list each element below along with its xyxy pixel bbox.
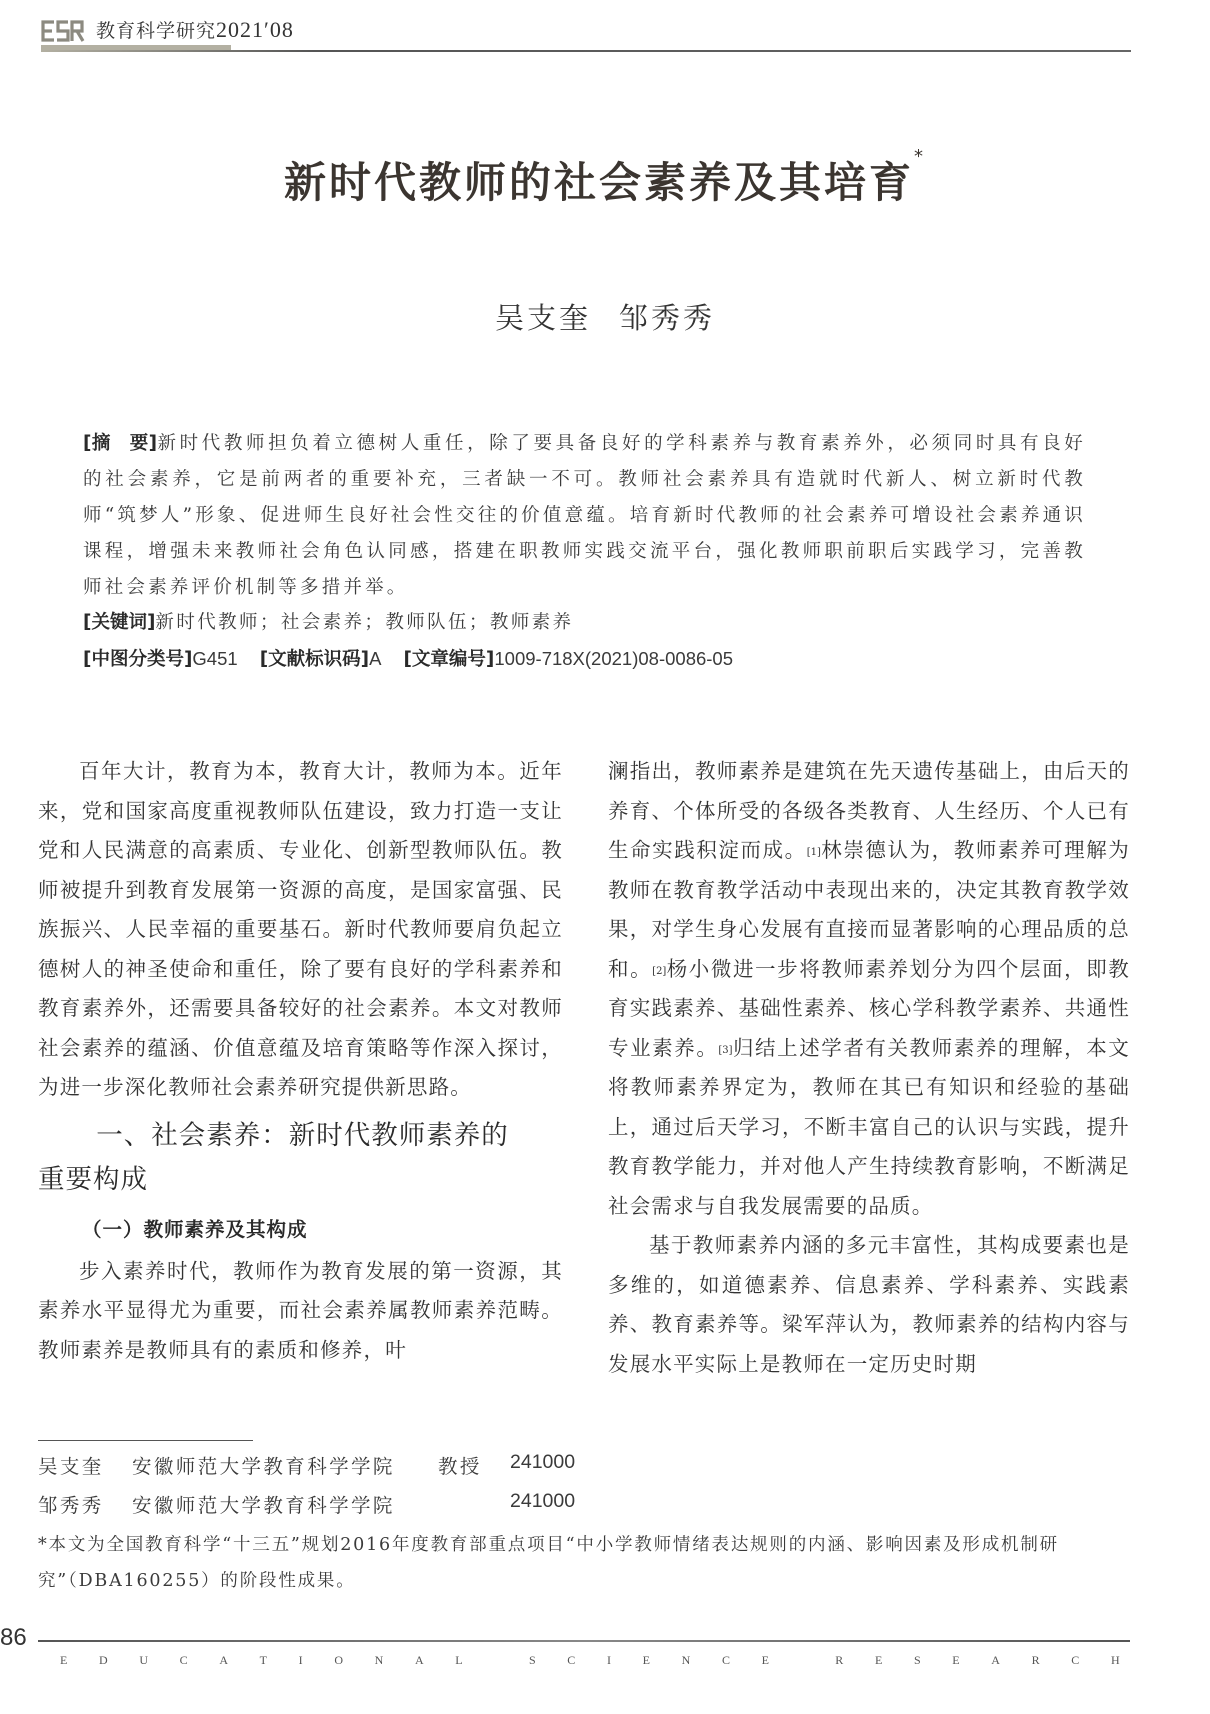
footer-letter: R xyxy=(1032,1653,1040,1668)
subsection-heading-1: （一）教师素养及其构成 xyxy=(38,1208,563,1252)
footer-letter: E xyxy=(762,1653,769,1668)
footer-letter: L xyxy=(455,1653,462,1668)
citation-1[interactable]: [1] xyxy=(807,847,821,858)
footer-letter: E xyxy=(875,1653,882,1668)
footer-letter: H xyxy=(1111,1653,1120,1668)
footer-letter: A xyxy=(415,1653,424,1668)
author-1: 吴支奎 xyxy=(495,301,591,335)
journal-name: 教育科学研究 xyxy=(96,20,216,42)
journal-issue: 2021′08 xyxy=(216,17,294,42)
footer-letter: C xyxy=(567,1653,575,1668)
footer-letter: D xyxy=(99,1653,108,1668)
footer-letter: E xyxy=(952,1653,959,1668)
clc-value: G451 xyxy=(192,648,237,669)
affiliation-row: 邹秀秀 安徽师范大学教育科学学院 241000 xyxy=(38,1490,104,1518)
footer-letter: C xyxy=(722,1653,730,1668)
journal-header: 教育科学研究2021′08 xyxy=(96,16,294,43)
footer-letter: E xyxy=(643,1653,650,1668)
body-column-right: 澜指出，教师素养是建筑在先天遗传基础上，由后天的养育、个体所受的各级各类教育、人… xyxy=(608,752,1130,1384)
author-2: 邹秀秀 xyxy=(619,301,715,335)
page-number: 86 xyxy=(0,1624,27,1652)
keywords: [关键词]新时代教师；社会素养；教师队伍；教师素养 xyxy=(83,608,573,634)
footer-letter: U xyxy=(139,1653,148,1668)
footer-letter: N xyxy=(375,1653,384,1668)
definition-paragraph: 澜指出，教师素养是建筑在先天遗传基础上，由后天的养育、个体所受的各级各类教育、人… xyxy=(608,752,1130,1226)
header-rule xyxy=(41,50,1131,52)
affiliation-title: 教授 xyxy=(438,1451,482,1479)
classification-info: [中图分类号]G451[文献标识码]A[文章编号]1009-718X(2021)… xyxy=(83,645,733,671)
footer-letter: C xyxy=(1071,1653,1079,1668)
article-title-text: 新时代教师的社会素养及其培育 xyxy=(284,158,914,207)
footer-letter: A xyxy=(219,1653,228,1668)
title-footnote-mark: * xyxy=(914,146,926,167)
article-no-value: 1009-718X(2021)08-0086-05 xyxy=(494,648,733,669)
footer-rule xyxy=(38,1640,1130,1642)
author-list: 吴支奎邹秀秀 xyxy=(0,296,1210,337)
intro-paragraph: 百年大计，教育为本，教育大计，教师为本。近年来，党和国家高度重视教师队伍建设，致… xyxy=(38,752,563,1108)
abstract: [摘 要]新时代教师担负着立德树人重任，除了要具备良好的学科素养与教育素养外，必… xyxy=(83,426,1086,606)
abstract-label: [摘 要] xyxy=(83,433,157,454)
footer-letter: N xyxy=(682,1653,691,1668)
article-no-label: [文章编号] xyxy=(403,649,494,670)
affiliation-postcode: 241000 xyxy=(510,1451,575,1474)
footer-letter: T xyxy=(260,1653,267,1668)
footer-letter: I xyxy=(607,1653,611,1668)
paragraph-text: 归结上述学者有关教师素养的理解，本文将教师素养界定为，教师在其已有知识和经验的基… xyxy=(608,1036,1130,1218)
affiliation-institution: 安徽师范大学教育科学学院 xyxy=(132,1490,395,1518)
section-heading-1: 一、社会素养：新时代教师素养的 重要构成 xyxy=(38,1114,563,1202)
footer-journal-name: EDUCATIONAL SCIENCE RESEARCH xyxy=(60,1653,1120,1668)
abstract-text: 新时代教师担负着立德树人重任，除了要具备良好的学科素养与教育素养外，必须同时具有… xyxy=(83,433,1086,598)
footer-letter xyxy=(801,1653,804,1668)
doc-code-label: [文献标识码] xyxy=(260,649,369,670)
footer-letter: R xyxy=(835,1653,843,1668)
affiliation-name: 吴支奎 xyxy=(38,1455,104,1478)
affiliation-row: 吴支奎 安徽师范大学教育科学学院 教授 241000 xyxy=(38,1451,104,1479)
citation-3[interactable]: [3] xyxy=(718,1045,732,1056)
footer-letter: I xyxy=(299,1653,303,1668)
funding-note: *本文为全国教育科学“十三五”规划2016年度教育部重点项目“中小学教师情绪表达… xyxy=(38,1527,1138,1599)
footer-letter: S xyxy=(529,1653,536,1668)
affiliation-postcode: 241000 xyxy=(510,1490,575,1513)
clc-label: [中图分类号] xyxy=(83,649,192,670)
article-title: 新时代教师的社会素养及其培育* xyxy=(0,150,1210,210)
affiliation-name: 邹秀秀 xyxy=(38,1494,104,1517)
footnote-divider xyxy=(38,1440,253,1441)
keywords-text: 新时代教师；社会素养；教师队伍；教师素养 xyxy=(155,612,573,633)
footer-letter: O xyxy=(334,1653,343,1668)
footer-letter: E xyxy=(60,1653,67,1668)
affiliation-institution: 安徽师范大学教育科学学院 xyxy=(132,1451,395,1479)
footer-letter: A xyxy=(991,1653,1000,1668)
footer-letter xyxy=(494,1653,497,1668)
subsection-paragraph: 步入素养时代，教师作为教育发展的第一资源，其素养水平显得尤为重要，而社会素养属教… xyxy=(38,1252,563,1371)
footer-letter: C xyxy=(180,1653,188,1668)
journal-logo-icon xyxy=(41,19,85,43)
body-column-left: 百年大计，教育为本，教育大计，教师为本。近年来，党和国家高度重视教师队伍建设，致… xyxy=(38,752,563,1370)
section-heading-1-line1: 一、社会素养：新时代教师素养的 xyxy=(38,1114,563,1158)
section-heading-1-line2: 重要构成 xyxy=(38,1158,563,1202)
citation-2[interactable]: [2] xyxy=(652,966,666,977)
footer-letter: S xyxy=(914,1653,921,1668)
components-paragraph: 基于教师素养内涵的多元丰富性，其构成要素也是多维的，如道德素养、信息素养、学科素… xyxy=(608,1226,1130,1384)
keywords-label: [关键词] xyxy=(83,612,155,633)
doc-code-value: A xyxy=(369,648,381,669)
